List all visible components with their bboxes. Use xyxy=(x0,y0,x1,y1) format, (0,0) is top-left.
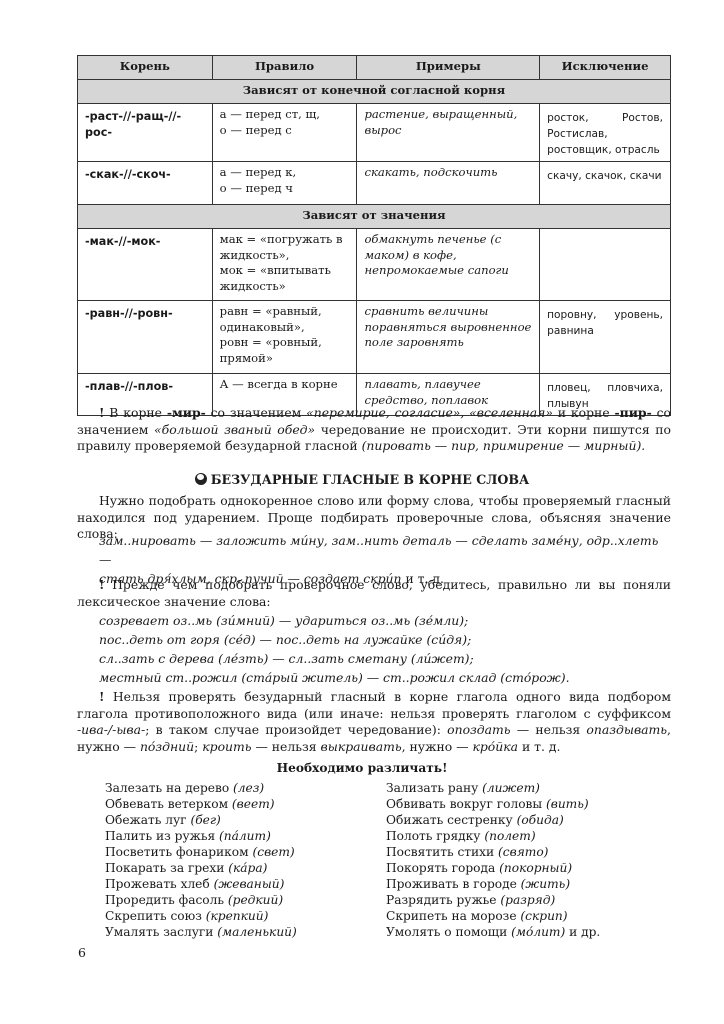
check-word: (свет) xyxy=(252,845,294,859)
list-item: Разрядить ружье (разряд) xyxy=(386,892,600,908)
rule-line: мок = «впитывать жидкость» xyxy=(220,263,350,294)
lexical-examples: созревает оз..мь (зúмний) — удариться оз… xyxy=(99,611,674,687)
check-word: (вить) xyxy=(546,797,589,811)
example-line: местный ст..рожил (ста́рый житель) — ст.… xyxy=(99,668,674,687)
word-phrase: Обвивать вокруг головы xyxy=(386,797,546,811)
list-item: Залезать на дерево (лез) xyxy=(105,780,297,796)
word-phrase: Проредить фасоль xyxy=(105,893,228,907)
list-item: Зализать рану (лижет) xyxy=(386,780,600,796)
rule-cell: мак = «погружать в жидкость», мок = «впи… xyxy=(212,229,357,301)
distinguish-left-list: Залезать на дерево (лез)Обвевать ветерко… xyxy=(105,780,297,940)
check-word: (лижет) xyxy=(482,781,540,795)
distinguish-title: Необходимо различать! xyxy=(0,761,724,775)
text: и корне xyxy=(553,405,615,420)
text: и др. xyxy=(565,925,600,939)
example: опаздывать xyxy=(586,722,667,737)
list-item: Умалять заслуги (маленький) xyxy=(105,924,297,940)
table-row: -мак-//-мок- мак = «погружать в жидкость… xyxy=(78,229,671,301)
text: — нельзя xyxy=(511,722,587,737)
check-word: (скрип) xyxy=(520,909,567,923)
check-word: (полет) xyxy=(484,829,535,843)
list-item: Скрепить союз (крепкий) xyxy=(105,908,297,924)
text: Нельзя проверять безударный гласный в ко… xyxy=(77,689,671,721)
rule-line: о — перед с xyxy=(220,123,350,139)
word-phrase: Обвевать ветерком xyxy=(105,797,232,811)
check-word: (обида) xyxy=(517,813,564,827)
word-phrase: Проживать в городе xyxy=(386,877,521,891)
header-examples: Примеры xyxy=(357,56,540,80)
note-mir-pir: ! В корне -мир- со значением «перемирие,… xyxy=(77,405,671,455)
word-phrase: Посвятить стихи xyxy=(386,845,498,859)
suffix: -ива-/-ыва- xyxy=(77,722,145,737)
section-title: БЕЗУДАРНЫЕ ГЛАСНЫЕ В КОРНЕ СЛОВА xyxy=(211,472,530,487)
word-phrase: Палить из ружья xyxy=(105,829,219,843)
check-word: (мо́лит) xyxy=(511,925,565,939)
root-cell: -равн-//-ровн- xyxy=(78,301,213,374)
circle-icon xyxy=(195,473,207,485)
list-item: Полоть грядку (полет) xyxy=(386,828,600,844)
word-phrase: Обежать луг xyxy=(105,813,190,827)
list-item: Палить из ружья (па́лит) xyxy=(105,828,297,844)
page-number: 6 xyxy=(78,945,86,960)
list-item: Проредить фасоль (редкий) xyxy=(105,892,297,908)
check-word: (жеваный) xyxy=(214,877,285,891)
list-item: Покорять города (покорный) xyxy=(386,860,600,876)
examples: (пировать — пир, примирение — мирный). xyxy=(362,438,646,453)
note-aspect: ! Нельзя проверять безударный гласный в … xyxy=(77,689,671,755)
example: опоздать xyxy=(447,722,510,737)
header-rule: Правило xyxy=(212,56,357,80)
check-word: (лез) xyxy=(233,781,264,795)
rule-line: ровн = «ровный, прямой» xyxy=(220,335,350,366)
word-phrase: Покорять города xyxy=(386,861,499,875)
rule-cell: а — перед ст, щ, о — перед с xyxy=(212,104,357,162)
roots-table: Корень Правило Примеры Исключение Завися… xyxy=(77,55,671,416)
check-word: (ка́ра) xyxy=(228,861,267,875)
check-word: (жить) xyxy=(521,877,570,891)
group-title: Зависят от значения xyxy=(78,205,671,229)
meaning: «большой званый обед» xyxy=(154,422,315,437)
word-phrase: Покарать за грехи xyxy=(105,861,228,875)
exceptions-cell xyxy=(540,229,671,301)
root-cell: -скак-//-скоч- xyxy=(78,162,213,205)
example: кро́йка xyxy=(472,739,518,754)
examples-cell: скакать, подскочить xyxy=(357,162,540,205)
word-phrase: Прожевать хлеб xyxy=(105,877,214,891)
list-item: Умолять о помощи (мо́лит) и др. xyxy=(386,924,600,940)
check-word: (веет) xyxy=(232,797,275,811)
root-cell: -раст-//-ращ-//-рос- xyxy=(78,104,213,162)
check-word: (па́лит) xyxy=(219,829,271,843)
example-line: созревает оз..мь (зúмний) — удариться оз… xyxy=(99,611,674,630)
word-phrase: Зализать рану xyxy=(386,781,482,795)
text: Прежде чем подобрать проверочное слово, … xyxy=(77,577,671,609)
text: со значением xyxy=(206,405,306,420)
list-item: Обвивать вокруг головы (вить) xyxy=(386,796,600,812)
check-word: (редкий) xyxy=(228,893,283,907)
list-item: Прожевать хлеб (жеваный) xyxy=(105,876,297,892)
root-cell: -мак-//-мок- xyxy=(78,229,213,301)
list-item: Обвевать ветерком (веет) xyxy=(105,796,297,812)
word-phrase: Разрядить ружье xyxy=(386,893,500,907)
text: В корне xyxy=(104,405,166,420)
text: — нельзя xyxy=(252,739,321,754)
list-item: Посветить фонариком (свет) xyxy=(105,844,297,860)
check-word: (бег) xyxy=(190,813,220,827)
rule-line: а — перед ст, щ, xyxy=(220,107,350,123)
word-phrase: Полоть грядку xyxy=(386,829,484,843)
word-phrase: Залезать на дерево xyxy=(105,781,233,795)
table-header-row: Корень Правило Примеры Исключение xyxy=(78,56,671,80)
word-phrase: Умолять о помощи xyxy=(386,925,511,939)
table-row: -скак-//-скоч- а — перед к, о — перед ч … xyxy=(78,162,671,205)
header-root: Корень xyxy=(78,56,213,80)
root-mir: -мир- xyxy=(167,405,206,420)
list-item: Обежать луг (бег) xyxy=(105,812,297,828)
check-word: (разряд) xyxy=(500,893,555,907)
header-exceptions: Исключение xyxy=(540,56,671,80)
root-pir: -пир- xyxy=(615,405,652,420)
list-item: Скрипеть на морозе (скрип) xyxy=(386,908,600,924)
exceptions-cell: поровну, уровень, равнина xyxy=(540,301,671,374)
exceptions-cell: росток, Ростов, Ростислав, ростовщик, от… xyxy=(540,104,671,162)
rule-line: мак = «погружать в жидкость», xyxy=(220,232,350,263)
example: по́здний xyxy=(140,739,194,754)
rule-line: о — перед ч xyxy=(220,181,350,197)
rule-line: а — перед к, xyxy=(220,165,350,181)
example-line: зам..нировать — заложить мúну, зам..нить… xyxy=(99,531,674,569)
examples-cell: сравнить величины поравняться выровненно… xyxy=(357,301,540,374)
table-row: -равн-//-ровн- равн = «равный, одинаковы… xyxy=(78,301,671,374)
check-word: (покорный) xyxy=(499,861,572,875)
list-item: Покарать за грехи (ка́ра) xyxy=(105,860,297,876)
examples-cell: обмакнуть печенье (с маком) в кофе, непр… xyxy=(357,229,540,301)
list-item: Обижать сестренку (обида) xyxy=(386,812,600,828)
example-line: пос..деть от горя (се́д) — пос..деть на … xyxy=(99,630,674,649)
note-lexical: ! Прежде чем подобрать проверочное слово… xyxy=(77,577,671,610)
meaning: «перемирие, согласие», «вселенная» xyxy=(306,405,553,420)
exceptions-cell: скачу, скачок, скачи xyxy=(540,162,671,205)
distinguish-right-list: Зализать рану (лижет)Обвивать вокруг гол… xyxy=(386,780,600,940)
table-row: -раст-//-ращ-//-рос- а — перед ст, щ, о … xyxy=(78,104,671,162)
check-word: (маленький) xyxy=(217,925,297,939)
word-phrase: Посветить фонариком xyxy=(105,845,252,859)
examples-cell: растение, выращенный, вырос xyxy=(357,104,540,162)
word-phrase: Скрепить союз xyxy=(105,909,206,923)
group-title: Зависят от конечной согласной корня xyxy=(78,80,671,104)
example-line: сл..зать с дерева (ле́зть) — сл..зать см… xyxy=(99,649,674,668)
rule-line: равн = «равный, одинаковый», xyxy=(220,304,350,335)
rule-cell: равн = «равный, одинаковый», ровн = «ров… xyxy=(212,301,357,374)
check-word: (свято) xyxy=(498,845,548,859)
word-phrase: Умалять заслуги xyxy=(105,925,217,939)
text: ; в таком случае произойдет чередование)… xyxy=(145,722,447,737)
word-phrase: Обижать сестренку xyxy=(386,813,517,827)
rule-cell: а — перед к, о — перед ч xyxy=(212,162,357,205)
rule-line: А — всегда в корне xyxy=(220,377,350,393)
textbook-page: Корень Правило Примеры Исключение Завися… xyxy=(0,0,724,1024)
text: , нужно — xyxy=(402,739,473,754)
word-phrase: Скрипеть на морозе xyxy=(386,909,520,923)
list-item: Посвятить стихи (свято) xyxy=(386,844,600,860)
text: и т. д. xyxy=(518,739,560,754)
example: кроить xyxy=(202,739,251,754)
check-word: (крепкий) xyxy=(206,909,269,923)
list-item: Проживать в городе (жить) xyxy=(386,876,600,892)
section-heading: БЕЗУДАРНЫЕ ГЛАСНЫЕ В КОРНЕ СЛОВА xyxy=(0,472,724,487)
example: выкраивать xyxy=(321,739,402,754)
